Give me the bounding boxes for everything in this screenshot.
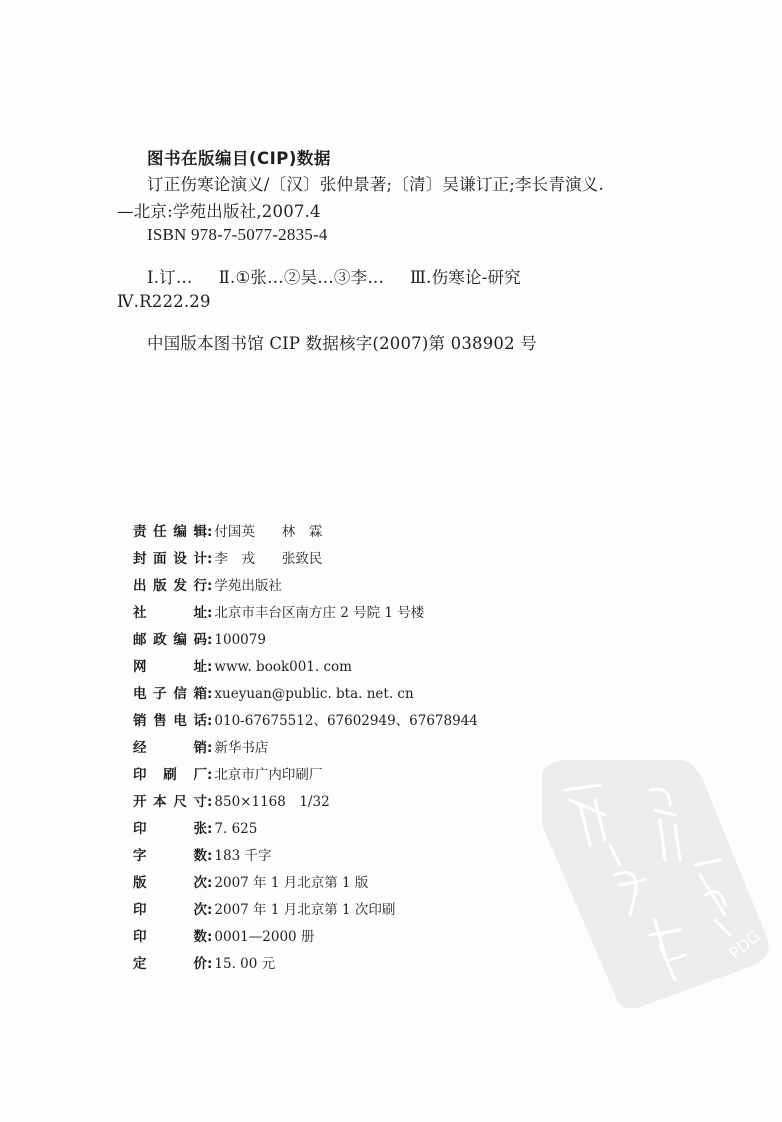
colophon-row-website: 网址:www. book001. com (133, 655, 352, 677)
colophon-value: 2007 年 1 月北京第 1 版 (214, 871, 368, 891)
colophon-row-sheets: 印张:7. 625 (133, 817, 257, 839)
colophon-value: 北京市丰台区南方庄 2 号院 1 号楼 (214, 601, 424, 621)
colophon-value: 李 戎 张致民 (214, 547, 322, 567)
colophon-row-email: 电子信箱:xueyuan@public. bta. net. cn (133, 682, 414, 704)
colophon-value: www. book001. com (214, 659, 352, 675)
colophon-label: 印数 (133, 925, 207, 945)
book-copyright-page: 图书在版编目(CIP)数据 订正伤寒论演义/〔汉〕张仲景著;〔清〕吴谦订正;李长… (0, 0, 782, 1122)
colophon-label: 封面设计 (133, 547, 207, 567)
cip-class-number: Ⅳ.R222.29 (117, 292, 211, 311)
colophon-value: 0001—2000 册 (214, 925, 314, 945)
cip-class-i: Ⅰ.订… (147, 264, 193, 288)
colophon-row-price: 定价:15. 00 元 (133, 952, 275, 974)
colophon-label: 印次 (133, 898, 207, 918)
colophon-label: 网址 (133, 655, 207, 675)
colophon-label: 社址 (133, 601, 207, 621)
colophon-row-printing: 印次:2007 年 1 月北京第 1 次印刷 (133, 898, 395, 920)
colophon-value: 学苑出版社 (214, 574, 282, 594)
colophon-label: 销售电话 (133, 709, 207, 729)
colophon-row-editor: 责任编辑:付国英 林 霖 (133, 520, 322, 542)
colophon-value: 2007 年 1 月北京第 1 次印刷 (214, 898, 395, 918)
colophon-label: 出版发行 (133, 574, 207, 594)
colophon-row-publisher: 出版发行:学苑出版社 (133, 574, 282, 596)
cip-record-number: 中国版本图书馆 CIP 数据核字(2007)第 038902 号 (147, 330, 537, 354)
colophon-row-cover-design: 封面设计:李 戎 张致民 (133, 547, 322, 569)
colophon-label: 印刷厂 (133, 763, 207, 783)
colophon-label: 版次 (133, 871, 207, 891)
colophon-value: xueyuan@public. bta. net. cn (214, 686, 413, 702)
cip-isbn: ISBN 978-7-5077-2835-4 (147, 225, 328, 245)
cip-publisher-line: —北京:学苑出版社,2007.4 (117, 198, 321, 222)
colophon-label: 电子信箱 (133, 682, 207, 702)
colophon-row-distributor: 经销:新华书店 (133, 736, 268, 758)
colophon-value: 15. 00 元 (214, 952, 275, 972)
colophon-label: 印张 (133, 817, 207, 837)
cip-bibliographic-line: 订正伤寒论演义/〔汉〕张仲景著;〔清〕吴谦订正;李长青演义. (147, 171, 604, 195)
pdg-watermark-stamp-icon: PDG (520, 745, 770, 1015)
colophon-value: 北京市广内印刷厂 (214, 763, 322, 783)
cip-title: 图书在版编目(CIP)数据 (147, 145, 331, 169)
colophon-row-sales-phone: 销售电话:010-67675512、67602949、67678944 (133, 709, 478, 731)
colophon-row-postcode: 邮政编码:100079 (133, 628, 266, 650)
colophon-value: 7. 625 (214, 821, 257, 837)
colophon-value: 183 千字 (214, 844, 271, 864)
cip-class-ii: Ⅱ.①张…②吴…③李… (219, 264, 384, 288)
colophon-label: 定价 (133, 952, 207, 972)
colophon-label: 经销 (133, 736, 207, 756)
cip-class-iii: Ⅲ.伤寒论-研究 (410, 264, 521, 288)
colophon-label: 责任编辑 (133, 520, 207, 540)
colophon-row-format: 开本尺寸:850×1168 1/32 (133, 790, 330, 812)
colophon-row-word-count: 字数:183 千字 (133, 844, 271, 866)
colophon-value: 100079 (214, 632, 266, 648)
colophon-row-printer: 印刷厂:北京市广内印刷厂 (133, 763, 322, 785)
cip-classification: Ⅰ.订…Ⅱ.①张…②吴…③李…Ⅲ.伤寒论-研究 (147, 264, 521, 288)
colophon-row-edition: 版次:2007 年 1 月北京第 1 版 (133, 871, 368, 893)
colophon-label: 开本尺寸 (133, 790, 207, 810)
colophon-row-address: 社址:北京市丰台区南方庄 2 号院 1 号楼 (133, 601, 424, 623)
colophon-value: 850×1168 1/32 (214, 790, 329, 810)
colophon-value: 付国英 林 霖 (214, 520, 322, 540)
colophon-row-print-run: 印数:0001—2000 册 (133, 925, 314, 947)
svg-text:PDG: PDG (725, 926, 764, 963)
colophon-value: 新华书店 (214, 736, 268, 756)
colophon-label: 邮政编码 (133, 628, 207, 648)
colophon-value: 010-67675512、67602949、67678944 (214, 709, 477, 729)
colophon-label: 字数 (133, 844, 207, 864)
